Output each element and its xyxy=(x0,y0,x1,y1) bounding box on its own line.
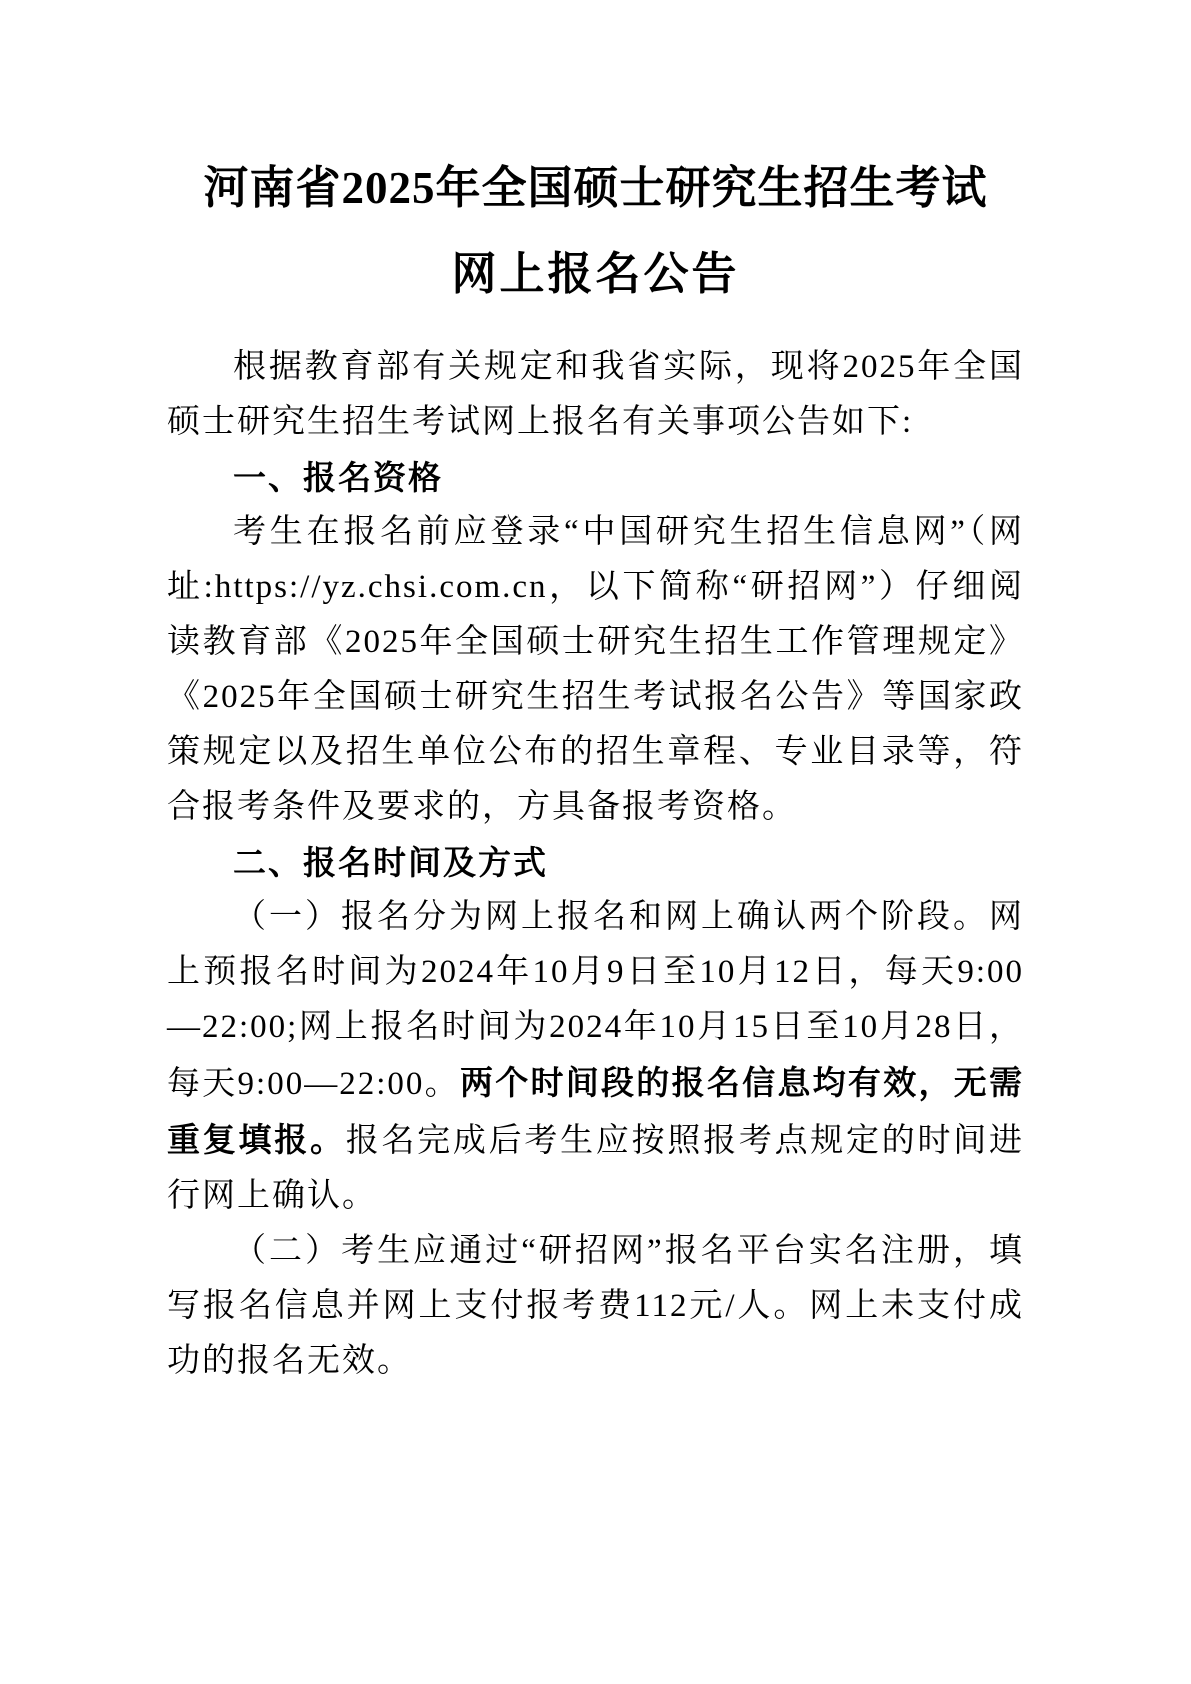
document-title-line1: 河南省2025年全国硕士研究生招生考试 xyxy=(167,158,1024,218)
document-body: 根据教育部有关规定和我省实际，现将2025年全国硕士研究生招生考试网上报名有关事… xyxy=(167,340,1024,1389)
document-content: 河南省2025年全国硕士研究生招生考试 网上报名公告 根据教育部有关规定和我省实… xyxy=(167,0,1024,1389)
document-title-line2: 网上报名公告 xyxy=(167,244,1024,304)
section1-paragraph: 考生在报名前应登录“中国研究生招生信息网”（网址:https://yz.chsi… xyxy=(167,505,1024,835)
section2-item2: （二）考生应通过“研招网”报名平台实名注册，填写报名信息并网上支付报考费112元… xyxy=(167,1224,1024,1389)
section1-heading: 一、报名资格 xyxy=(167,450,1024,505)
section2-item1: （一）报名分为网上报名和网上确认两个阶段。网上预报名时间为2024年10月9日至… xyxy=(167,890,1024,1224)
section2-heading: 二、报名时间及方式 xyxy=(167,835,1024,890)
document-page: 河南省2025年全国硕士研究生招生考试 网上报名公告 根据教育部有关规定和我省实… xyxy=(0,0,1191,1684)
intro-paragraph: 根据教育部有关规定和我省实际，现将2025年全国硕士研究生招生考试网上报名有关事… xyxy=(167,340,1024,450)
